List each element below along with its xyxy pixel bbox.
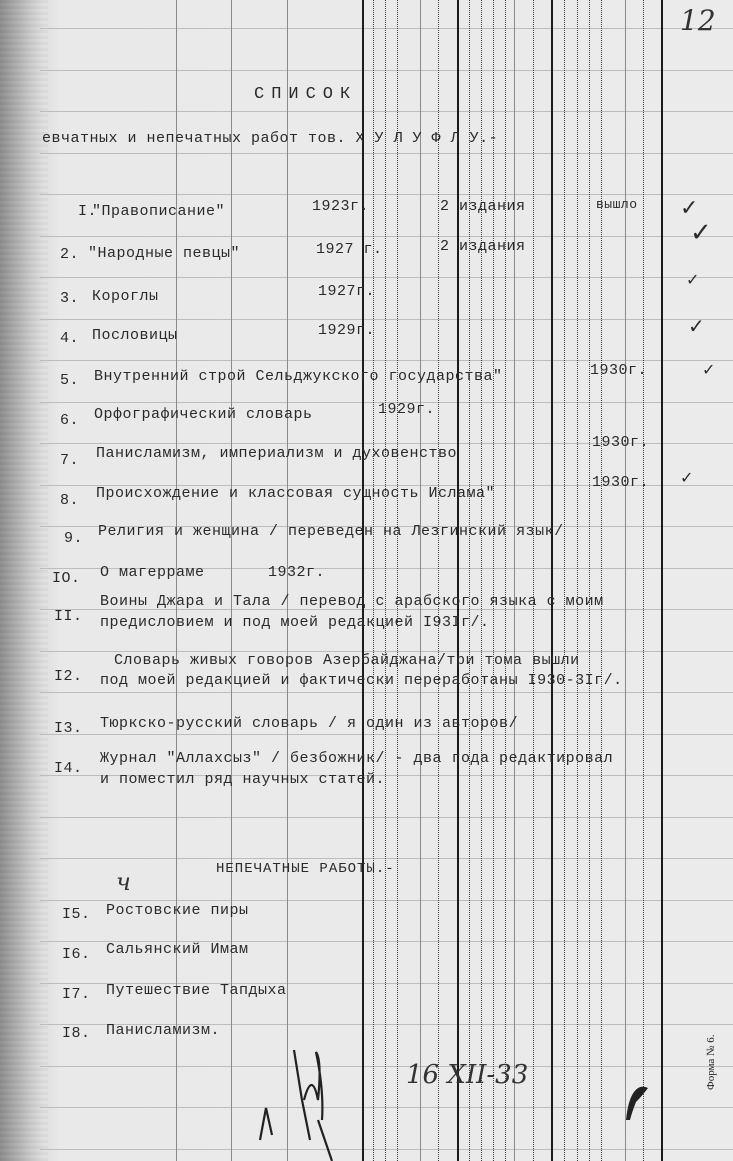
column-line-bold xyxy=(362,0,364,1161)
document-title: СПИСОК xyxy=(254,86,357,104)
list-item-title: Религия и женщина / переведен на Лезгинс… xyxy=(98,523,564,541)
section-heading-unprinted: НЕПЕЧАТНЫЕ РАБОТЫ.- xyxy=(216,860,395,878)
list-item-title: "Народные певцы" xyxy=(88,245,240,263)
column-line xyxy=(514,0,515,1161)
document-page: 12 СПИСОК евчатных и непечатных работ то… xyxy=(0,0,733,1161)
page-number: 12 xyxy=(680,4,716,37)
list-item-year: 1930г. xyxy=(592,434,649,452)
list-item-number: 8. xyxy=(60,492,79,510)
list-item-year: 1930г. xyxy=(590,362,647,380)
column-line-dotted xyxy=(577,0,578,1161)
column-line-dotted xyxy=(493,0,494,1161)
list-item-number: I6. xyxy=(62,946,91,964)
list-item-number: I4. xyxy=(54,760,83,778)
form-number-label: Форма № 6. xyxy=(705,1034,717,1090)
list-item-title: Происхождение и классовая сущность Ислам… xyxy=(96,485,495,503)
column-line xyxy=(625,0,626,1161)
check-mark-icon: ✓ xyxy=(680,468,693,487)
list-item-number: 2. xyxy=(60,246,79,264)
column-line-dotted xyxy=(643,0,644,1161)
column-line-bold xyxy=(457,0,459,1161)
list-item-number: I2. xyxy=(54,668,83,686)
list-item-title: Тюркско-русский словарь / я один из авто… xyxy=(100,715,518,733)
list-item-year: 1927г. xyxy=(318,283,375,301)
list-item-title: Пословицы xyxy=(92,327,178,345)
ruled-line xyxy=(40,734,733,735)
list-item-number: IO. xyxy=(52,570,81,588)
check-mark-icon: ✓ xyxy=(702,360,715,379)
list-item-title-line2: и поместил ряд научных статей. xyxy=(100,771,385,789)
ruled-line xyxy=(40,360,733,361)
list-item-number: 3. xyxy=(60,290,79,308)
list-item-year: 1929г. xyxy=(318,322,375,340)
list-item-year: 1923г. xyxy=(312,198,369,216)
ruled-line xyxy=(40,692,733,693)
paper-left-edge xyxy=(0,0,48,1161)
list-item-year: 1929г. xyxy=(378,401,435,419)
list-item-number: I5. xyxy=(62,906,91,924)
ruled-line xyxy=(40,817,733,818)
list-item-title: Панисламизм. xyxy=(106,1022,220,1040)
signature xyxy=(250,1030,370,1161)
list-item-year: 1930г. xyxy=(592,474,649,492)
ruled-line xyxy=(40,194,733,195)
list-item-year: 1927 г. xyxy=(316,241,383,259)
column-line-bold xyxy=(661,0,663,1161)
document-subtitle: евчатных и непечатных работ тов. Х У Л У… xyxy=(42,130,498,148)
column-line-dotted xyxy=(533,0,534,1161)
column-line-bold xyxy=(551,0,553,1161)
list-item-number: 6. xyxy=(60,412,79,430)
ruled-line xyxy=(40,70,733,71)
ruled-line xyxy=(40,236,733,237)
column-line-dotted xyxy=(481,0,482,1161)
column-line-dotted xyxy=(469,0,470,1161)
list-item-title-line2: под моей редакцией и фактически перерабо… xyxy=(100,672,623,690)
list-item-number: 7. xyxy=(60,452,79,470)
list-item-editions: 2 издания xyxy=(440,198,526,216)
list-item-number: 5. xyxy=(60,372,79,390)
column-line-dotted xyxy=(397,0,398,1161)
list-item-status: вышло xyxy=(596,196,638,214)
list-item-title: Путешествие Тапдыха xyxy=(106,982,287,1000)
ruled-line xyxy=(40,900,733,901)
list-item-title: Короглы xyxy=(92,288,159,306)
column-line-dotted xyxy=(564,0,565,1161)
ruled-line xyxy=(40,319,733,320)
column-line-dotted xyxy=(601,0,602,1161)
list-item-year: 1932г. xyxy=(268,564,325,582)
check-mark-icon: ✓ xyxy=(686,270,699,289)
column-line-dotted xyxy=(505,0,506,1161)
column-line xyxy=(420,0,421,1161)
list-item-title-line1: Словарь живых говоров Азербайджана/три т… xyxy=(114,652,580,670)
list-item-title: Ростовские пиры xyxy=(106,902,249,920)
ruled-line xyxy=(40,858,733,859)
ruled-line xyxy=(40,277,733,278)
list-item-title-line2: предисловием и под моей редакцией I93Iг/… xyxy=(100,614,490,632)
list-item-number: 9. xyxy=(64,530,83,548)
ink-blot xyxy=(622,1082,652,1122)
list-item-title: Внутренний строй Сельджукского государст… xyxy=(94,368,503,386)
column-line-dotted xyxy=(373,0,374,1161)
list-item-number: 4. xyxy=(60,330,79,348)
list-item-title: Орфографический словарь xyxy=(94,406,313,424)
list-item-number: I8. xyxy=(62,1025,91,1043)
list-item-editions: 2 издания xyxy=(440,238,526,256)
handwritten-mark: ч xyxy=(116,868,131,896)
list-item-number: I3. xyxy=(54,720,83,738)
ruled-line xyxy=(40,28,733,29)
column-line-dotted xyxy=(589,0,590,1161)
handwritten-date: 16 XII-33 xyxy=(406,1060,528,1090)
ruled-line xyxy=(40,1066,733,1067)
list-item-title: Панисламизм, империализм и духовенство xyxy=(96,445,457,463)
list-item-title: "Правописание" xyxy=(92,203,225,221)
list-item-title: Сальянский Имам xyxy=(106,941,249,959)
ruled-line xyxy=(40,1149,733,1150)
list-item-title-line1: Журнал "Аллахсыз" / безбожник/ - два год… xyxy=(100,750,613,768)
list-item-title: О магерраме xyxy=(100,564,205,582)
list-item-number: I7. xyxy=(62,986,91,1004)
column-line-dotted xyxy=(385,0,386,1161)
ruled-line xyxy=(40,153,733,154)
check-mark-icon: ✓ xyxy=(690,218,712,248)
check-mark-icon: ✓ xyxy=(688,314,705,338)
ruled-line xyxy=(40,111,733,112)
list-item-title-line1: Воины Джара и Тала / перевод с арабского… xyxy=(100,593,604,611)
column-line-dotted xyxy=(438,0,439,1161)
list-item-number: II. xyxy=(54,608,83,626)
